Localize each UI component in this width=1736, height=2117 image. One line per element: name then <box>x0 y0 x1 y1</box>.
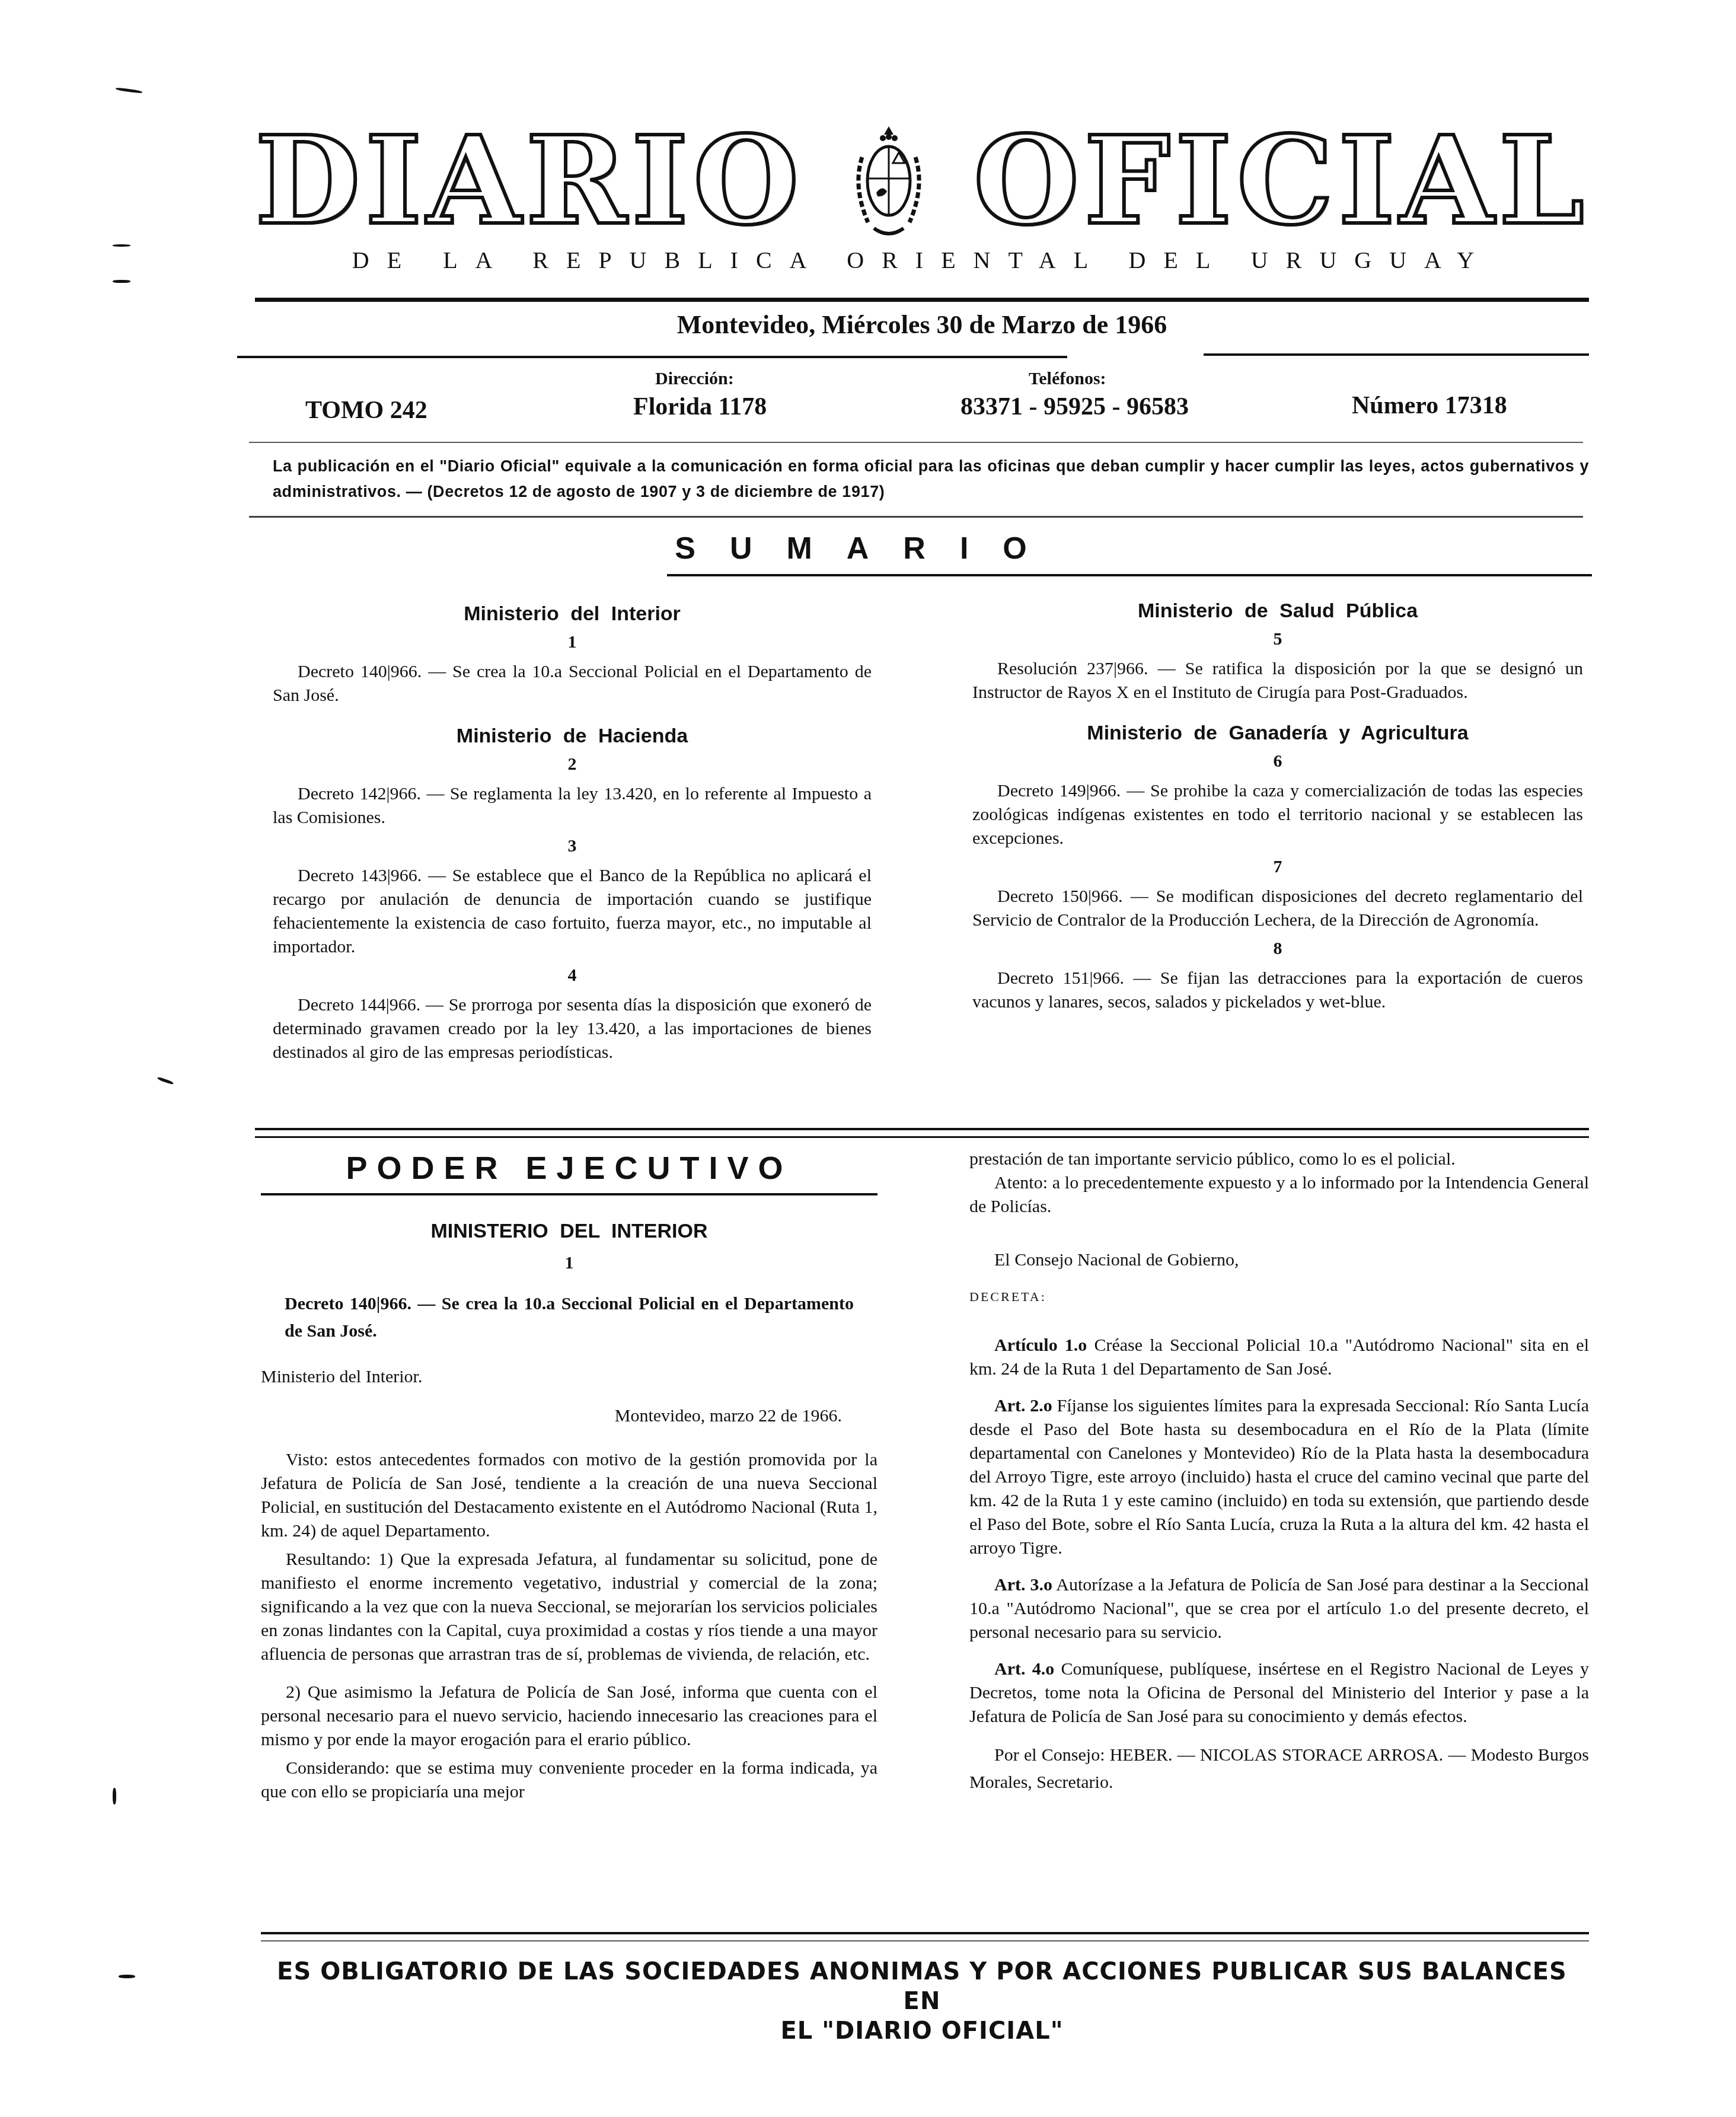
decree-title: Decreto 140|966. — Se crea la 10.a Secci… <box>261 1290 877 1345</box>
sumario-heading: SUMARIO <box>0 531 1736 566</box>
poder-rule <box>261 1193 877 1195</box>
article-text: Fíjanse los siguientes límites para la e… <box>969 1396 1589 1558</box>
dateline-rule-right <box>1204 353 1589 356</box>
masthead: DIARIO OFICIAL <box>255 119 1589 243</box>
ministry-heading: MINISTERIO DEL INTERIOR <box>261 1219 877 1243</box>
masthead-title-oficial: OFICIAL <box>974 120 1589 242</box>
item-number: 4 <box>273 964 872 987</box>
direccion-value: Florida 1178 <box>633 393 767 421</box>
article-label: Artículo 1.o <box>994 1335 1087 1355</box>
considerando-paragraph: Considerando: que se estima muy convenie… <box>261 1756 877 1804</box>
article-1: Artículo 1.o Créase la Seccional Policia… <box>969 1334 1589 1381</box>
scan-mark <box>157 1076 174 1085</box>
poder-ejecutivo-heading: PODER EJECUTIVO <box>261 1156 877 1180</box>
sumario-item: Decreto 140|966. — Se crea la 10.a Secci… <box>273 660 872 707</box>
scan-mark <box>116 87 142 94</box>
legal-notice: La publicación en el "Diario Oficial" eq… <box>273 454 1589 505</box>
tomo: TOMO 242 <box>305 396 427 425</box>
article-text: Comuníquese, publíquese, insértese en el… <box>969 1659 1589 1726</box>
section-rule-top <box>255 1128 1589 1130</box>
decree-place-date: Montevideo, marzo 22 de 1966. <box>261 1404 877 1428</box>
decree-origin: Ministerio del Interior. <box>261 1365 877 1389</box>
poder-ejecutivo-right: prestación de tan importante servicio pú… <box>969 1147 1589 1796</box>
signature: Por el Consejo: HEBER. — NICOLAS STORACE… <box>969 1742 1589 1796</box>
item-number: 3 <box>273 834 872 858</box>
footer-notice: ES OBLIGATORIO DE LAS SOCIEDADES ANONIMA… <box>255 1957 1589 2046</box>
section-rule-bottom <box>255 1136 1589 1138</box>
sumario-item: Decreto 144|966. — Se prorroga por sesen… <box>273 993 872 1064</box>
scan-mark <box>119 1975 135 1978</box>
ministry-heading: Ministerio de Salud Pública <box>972 599 1583 623</box>
sumario-right-column: Ministerio de Salud Pública 5 Resolución… <box>972 599 1583 1014</box>
sumario-item: Decreto 150|966. — Se modifican disposic… <box>972 885 1583 932</box>
sumario-item: Decreto 142|966. — Se reglamenta la ley … <box>273 782 872 830</box>
sumario-item: Decreto 149|966. — Se prohibe la caza y … <box>972 779 1583 850</box>
ministry-heading: Ministerio de Ganadería y Agricultura <box>972 721 1583 745</box>
council-line: El Consejo Nacional de Gobierno, <box>969 1248 1589 1272</box>
sumario-item: Decreto 151|966. — Se fijan las detracci… <box>972 967 1583 1014</box>
item-number: 5 <box>972 627 1583 651</box>
direccion-label: Dirección: <box>655 369 734 389</box>
sumario-item: Decreto 143|966. — Se establece que el B… <box>273 864 872 959</box>
masthead-rule <box>255 298 1589 302</box>
telefonos-label: Teléfonos: <box>1029 369 1106 389</box>
resultando-2-paragraph: 2) Que asimismo la Jefatura de Policía d… <box>261 1681 877 1752</box>
scan-mark <box>113 244 130 247</box>
article-2: Art. 2.o Fíjanse los siguientes límites … <box>969 1394 1589 1560</box>
dateline-rule-left <box>237 356 1067 358</box>
continuation-paragraph: prestación de tan importante servicio pú… <box>969 1147 1589 1171</box>
footer-rule-bottom <box>261 1940 1589 1941</box>
decree-number: 1 <box>261 1251 877 1275</box>
resultando-paragraph: Resultando: 1) Que la expresada Jefatura… <box>261 1548 877 1666</box>
footer-notice-line2: EL "DIARIO OFICIAL" <box>255 2016 1589 2046</box>
article-4: Art. 4.o Comuníquese, publíquese, insért… <box>969 1657 1589 1729</box>
ministry-heading: Ministerio de Hacienda <box>273 724 872 748</box>
atento-paragraph: Atento: a lo precedentemente expuesto y … <box>969 1171 1589 1219</box>
item-number: 8 <box>972 937 1583 961</box>
dateline: Montevideo, Miércoles 30 de Marzo de 196… <box>255 310 1589 340</box>
article-label: Art. 4.o <box>994 1659 1054 1679</box>
numero: Número 17318 <box>1352 391 1507 420</box>
article-label: Art. 3.o <box>994 1575 1052 1595</box>
item-number: 1 <box>273 630 872 654</box>
article-label: Art. 2.o <box>994 1396 1052 1415</box>
article-3: Art. 3.o Autorízase a la Jefatura de Pol… <box>969 1573 1589 1644</box>
poder-ejecutivo-left: PODER EJECUTIVO MINISTERIO DEL INTERIOR … <box>261 1156 877 1804</box>
masthead-subtitle: DE LA REPUBLICA ORIENTAL DEL URUGUAY <box>255 246 1589 274</box>
scan-mark <box>113 280 130 283</box>
item-number: 7 <box>972 855 1583 879</box>
footer-notice-line1: ES OBLIGATORIO DE LAS SOCIEDADES ANONIMA… <box>255 1957 1589 2016</box>
scan-mark <box>113 1788 116 1804</box>
masthead-title-diario: DIARIO <box>255 120 804 242</box>
uruguay-coat-of-arms-icon <box>850 122 927 240</box>
notice-rule <box>249 516 1583 518</box>
article-text: Autorízase a la Jefatura de Policía de S… <box>969 1575 1589 1642</box>
sumario-left-column: Ministerio del Interior 1 Decreto 140|96… <box>273 602 872 1064</box>
footer-rule-top <box>261 1932 1589 1934</box>
decreta-label: DECRETA: <box>969 1285 1589 1309</box>
item-number: 6 <box>972 750 1583 773</box>
sumario-item: Resolución 237|966. — Se ratifica la dis… <box>972 657 1583 704</box>
sumario-rule <box>667 574 1592 576</box>
ministry-heading: Ministerio del Interior <box>273 602 872 626</box>
item-number: 2 <box>273 753 872 776</box>
info-rule <box>249 442 1583 443</box>
telefonos-value: 83371 - 95925 - 96583 <box>960 393 1189 421</box>
visto-paragraph: Visto: estos antecedentes formados con m… <box>261 1448 877 1543</box>
